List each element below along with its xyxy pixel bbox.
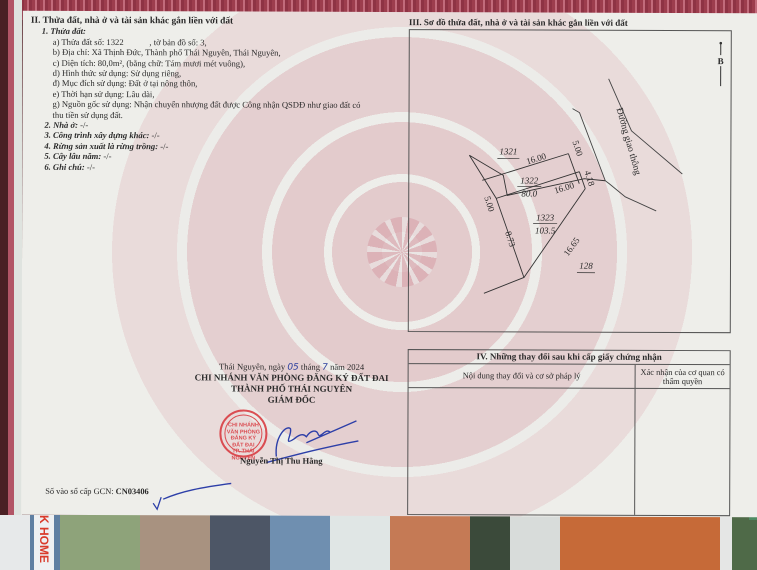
section-land-info: II. Thửa đất, nhà ở và tài sản khác gắn …: [30, 16, 401, 173]
svg-text:Đường giao thông: Đường giao thông: [614, 107, 643, 177]
svg-text:B: B: [718, 56, 724, 66]
changes-content-header: Nội dung thay đổi và cơ sở pháp lý: [409, 364, 635, 389]
land-item-origin: g) Nguồn gốc sử dụng: Nhận chuyển nhượng…: [31, 99, 401, 111]
section-3-title: III. Sơ đồ thửa đất, nhà ở và tài sản kh…: [409, 17, 628, 28]
svg-text:8.73: 8.73: [503, 230, 517, 249]
svg-text:16.00: 16.00: [525, 151, 548, 167]
issue-date: Thái Nguyên, ngày 05 tháng 7 năm 2024: [172, 361, 412, 373]
changes-table: IV. Những thay đổi sau khi cấp giấy chứn…: [407, 349, 731, 516]
north-arrow-icon: B: [716, 42, 726, 86]
parcel-map: B Đường giao thông 1321 1322 80.0 1323 1…: [409, 30, 733, 334]
authority-confirmation-header: Xác nhận của cơ quan có thẩm quyền: [636, 365, 730, 389]
signer-role: GIÁM ĐỐC: [172, 394, 412, 406]
svg-text:80.0: 80.0: [521, 188, 537, 198]
section-2-title: II. Thửa đất, nhà ở và tài sản khác gắn …: [31, 16, 401, 28]
background-banner-text: K HOME: [34, 515, 54, 570]
section-4-title: IV. Những thay đổi sau khi cấp giấy chứn…: [409, 350, 730, 365]
certificate-serial: Số vào sổ cấp GCN: CN03406: [45, 487, 149, 496]
background-edge: [0, 0, 22, 570]
changes-content-column: Nội dung thay đổi và cơ sở pháp lý: [408, 364, 636, 515]
svg-text:16.65: 16.65: [562, 235, 582, 258]
land-item-address: b) Địa chỉ: Xã Thịnh Đức, Thành phố Thái…: [31, 47, 401, 59]
notes-item: 6. Ghi chú: -/-: [30, 161, 400, 173]
issuing-org-line2: THÀNH PHỐ THÁI NGUYÊN: [172, 383, 412, 395]
svg-text:5.00: 5.00: [571, 139, 585, 158]
signature-block: Thái Nguyên, ngày 05 tháng 7 năm 2024 CH…: [172, 361, 412, 406]
svg-text:16.00: 16.00: [553, 180, 576, 196]
svg-text:5.00: 5.00: [482, 195, 496, 214]
parcel-diagram: B Đường giao thông 1321 1322 80.0 1323 1…: [408, 29, 732, 333]
svg-text:128: 128: [579, 261, 593, 271]
svg-text:4.18: 4.18: [582, 169, 596, 188]
signer-name: Nguyễn Thị Thu Hằng: [206, 455, 356, 466]
land-certificate-page: II. Thửa đất, nhà ở và tài sản khác gắn …: [21, 11, 757, 518]
svg-text:1321: 1321: [499, 146, 517, 156]
authority-confirmation-column: Xác nhận của cơ quan có thẩm quyền: [635, 365, 730, 515]
svg-text:1323: 1323: [536, 213, 555, 223]
initials-icon: [141, 481, 241, 511]
issuing-org-line1: CHI NHÁNH VĂN PHÒNG ĐĂNG KÝ ĐẤT ĐAI: [172, 372, 412, 384]
background-photo: K HOME: [0, 515, 757, 570]
svg-text:103.5: 103.5: [535, 226, 556, 236]
svg-text:1322: 1322: [520, 175, 539, 185]
